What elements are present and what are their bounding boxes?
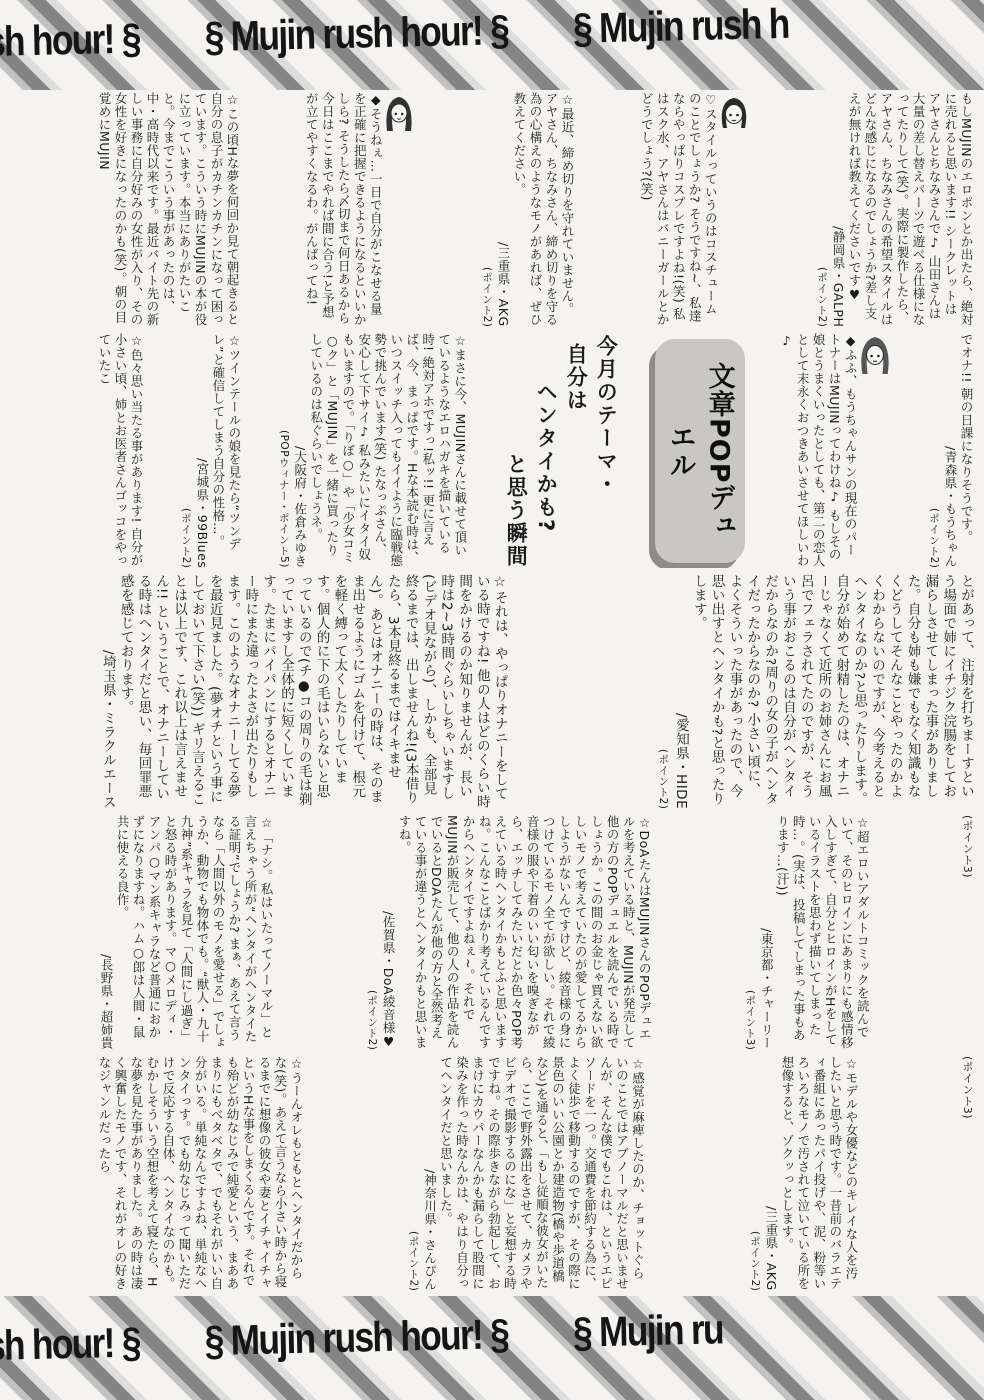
letter-text: ☆うーんオレもともとヘンタイだからな(笑)。あえて言うなら小さい時から寝るまでに… xyxy=(96,1056,304,1291)
theme-line: 今月のテーマ・ xyxy=(591,333,621,568)
letter-block: ☆うーんオレもともとヘンタイだからな(笑)。あえて言うなら小さい時から寝るまでに… xyxy=(96,1056,304,1291)
letter-block: ☆「ナシ。私はいたってノーマル」と言えちゃう所が“ヘンタイがヘンタイたる証明”で… xyxy=(96,815,274,1050)
letter-block: もしMUJINのエロポンとか出たら、絶対に売れると思います!! シークレットはア… xyxy=(814,92,974,327)
letter-text: でオナ!! 朝の日課になりそうです。 xyxy=(958,333,974,568)
points-label: (ポイント2) xyxy=(747,1056,760,1291)
letter-text: とがあって、注射を打ちまーすという場面で姉にイチジク浣腸をしてお漏らしさせてしま… xyxy=(689,574,974,809)
attribution: /三重県・AKG xyxy=(763,1056,779,1291)
points-label: (ポイント2) xyxy=(178,333,191,568)
letter-band-4: (ポイント3) ☆超エロいアダルトコミックを読んでいて、そのヒロインにあまりにも… xyxy=(96,815,974,1050)
letter-text: ☆それは、やっぱりオナニーをしている時ですね! 他の人はどのくらい時間をかけるの… xyxy=(116,574,508,809)
points-label: (ポイント2) xyxy=(480,92,493,327)
banner-title-top: sh hour! § § Mujin rush hour! § § Mujin … xyxy=(0,0,789,66)
letter-text: もしMUJINのエロポンとか出たら、絶対に売れると思います!! シークレットはア… xyxy=(846,92,974,327)
letter-text: ☆超エロいアダルトコミックを読んでいて、そのヒロインにあまりにも感情移入しすぎて… xyxy=(774,815,870,1050)
letter-block: ☆色々思い当たる事があります! 自分が小さい頃、姉とお医者さんゴッコをやっていた… xyxy=(96,333,144,568)
reply-text: ♡スタイルっていうのはコスチュームのことでしょうか? そうですね~、私達ならやっ… xyxy=(638,92,718,327)
letter-text: ☆ツインテールの娘を見たら“ツンデレ”と確信してしまう自分の性格…。 xyxy=(210,333,242,568)
letter-band-1: もしMUJINのエロポンとか出たら、絶対に売れると思います!! シークレットはア… xyxy=(96,92,974,327)
banner-title-bottom: sh hour! § § Mujin rush hour! § § Mujin … xyxy=(0,1305,723,1370)
reply-block: ◆ふふ、もうちゃんサンの現在のパートナーはMUJINってわけね♪ もしその娘とう… xyxy=(778,333,892,568)
theme-line: 自分は xyxy=(561,333,591,568)
points-wrap-block: (ポイント3) xyxy=(960,1056,974,1291)
attribution: /長野県・超姉貴 xyxy=(98,815,114,1050)
attribution: /愛知県・HIDE xyxy=(671,574,689,809)
letter-text: ☆モデルや女優などのキレイな人を汚したいと思う時です。一昔前のバラエティ番組にあ… xyxy=(779,1056,859,1291)
points-label: (ポイント2) xyxy=(815,92,828,327)
theme-title: 今月のテーマ・ 自分は ヘンタイかも? と思う瞬間 xyxy=(501,333,621,568)
reply-text: ◆そうねぇ…一日で自分がこなせる量を正確に把握できるようになるといいかしら? そ… xyxy=(303,92,383,327)
letter-block: ☆それは、やっぱりオナニーをしている時ですね! 他の人はどのくらい時間をかけるの… xyxy=(96,574,508,809)
attribution: /青森県・もうちゃん xyxy=(942,333,958,568)
letter-text: ☆「ナシ。私はいたってノーマル」と言えちゃう所が“ヘンタイがヘンタイたる証明”で… xyxy=(114,815,274,1050)
attribution: /東京都・チャーリー xyxy=(758,815,774,1050)
reply-block: ♡スタイルっていうのはコスチュームのことでしょうか? そうですね~、私達ならやっ… xyxy=(638,92,750,327)
theme-line: と思う瞬間 xyxy=(501,333,531,568)
letter-band-2: でオナ!! 朝の日課になりそうです。 /青森県・もうちゃん (ポイント2) ◆ふ… xyxy=(96,333,974,568)
points-label: (ポイント2) xyxy=(927,333,940,568)
points-wrap-block: (ポイント3) xyxy=(960,815,974,1050)
letter-block: ☆最近、締め切りを守れていません。アヤさん、ちなみさん、締め切りを守る為の心構え… xyxy=(479,92,575,327)
reply-text: ◆ふふ、もうちゃんサンの現在のパートナーはMUJINってわけね♪ もしその娘とう… xyxy=(778,333,858,568)
theme-line: ヘンタイかも? xyxy=(531,333,561,568)
attribution: /三重県・AKG xyxy=(495,92,511,327)
reply-block: ◆そうねぇ…一日で自分がこなせる量を正確に把握できるようになるといいかしら? そ… xyxy=(303,92,415,327)
girl-avatar-icon xyxy=(384,94,414,132)
letter-text: ☆DoAたんはMUJINさんのPOPデュエルを考えている時と、MUJINが発売し… xyxy=(396,815,652,1050)
points-label: (ポイント2) xyxy=(655,574,669,809)
points-label: (ポイント2) xyxy=(365,815,378,1050)
letter-text: ☆色々思い当たる事があります! 自分が小さい頃、姉とお医者さんゴッコをやっていた… xyxy=(96,333,144,568)
points-label: (POPウィナー・ポイント5) xyxy=(276,333,289,568)
attribution: /神奈川県・さんぴん xyxy=(421,1056,437,1291)
letter-block: とがあって、注射を打ちまーすという場面で姉にイチジク浣腸をしてお漏らしさせてしま… xyxy=(654,574,974,809)
points-label: (ポイント3) xyxy=(743,815,756,1050)
letter-band-3: とがあって、注射を打ちまーすという場面で姉にイチジク浣腸をしてお漏らしさせてしま… xyxy=(96,574,974,809)
points-label: (ポイント3) xyxy=(960,815,974,1050)
letter-text: ☆まさに今、MUJINさんに載せて頂いているようなエロハガキを描いている時! 絶… xyxy=(308,333,468,568)
letter-block: ☆感覚が麻痺したのか、チョットぐらいのことではアブノーマルだと思いませんが、そん… xyxy=(405,1056,645,1291)
attribution: /宮城県・99Blues xyxy=(194,333,210,568)
stripe-banner-bottom: sh hour! § § Mujin rush hour! § § Mujin … xyxy=(0,1296,984,1400)
section-badge-wrap: 文章POPデュエル xyxy=(655,333,745,568)
girl-avatar-icon xyxy=(719,94,749,132)
girl-avatar-icon xyxy=(859,335,891,375)
stripe-banner-top: sh hour! § § Mujin rush hour! § § Mujin … xyxy=(0,0,984,90)
letter-block: ☆モデルや女優などのキレイな人を汚したいと思う時です。一昔前のバラエティ番組にあ… xyxy=(746,1056,858,1291)
letter-block: ☆DoAたんはMUJINさんのPOPデュエルを考えている時と、MUJINが発売し… xyxy=(364,815,652,1050)
letter-text: ☆感覚が麻痺したのか、チョットぐらいのことではアブノーマルだと思いませんが、そん… xyxy=(437,1056,645,1291)
letter-block: ☆ツインテールの娘を見たら“ツンデレ”と確信してしまう自分の性格…。 /宮城県・… xyxy=(177,333,241,568)
letter-band-5: (ポイント3) ☆モデルや女優などのキレイな人を汚したいと思う時です。一昔前のバ… xyxy=(96,1056,974,1291)
letter-text: ☆この頃Hな夢を何回か見て朝起きると自分の息子がカチンカチンになって困っています… xyxy=(96,92,240,327)
letters-page: もしMUJINのエロポンとか出たら、絶対に売れると思います!! シークレットはア… xyxy=(0,92,984,1296)
attribution: /佐賀県・DoA綾音様♥ xyxy=(380,815,396,1050)
letter-block: ☆まさに今、MUJINさんに載せて頂いているようなエロハガキを描いている時! 絶… xyxy=(275,333,467,568)
points-label: (ポイント3) xyxy=(960,1056,974,1291)
letter-text: ☆最近、締め切りを守れていません。アヤさん、ちなみさん、締め切りを守る為の心構え… xyxy=(511,92,575,327)
section-badge: 文章POPデュエル xyxy=(655,339,745,563)
letter-block: ☆超エロいアダルトコミックを読んでいて、そのヒロインにあまりにも感情移入しすぎて… xyxy=(742,815,870,1050)
attribution: /大阪府・佐倉みゆき xyxy=(292,333,308,568)
attribution: /埼玉県・ミラクルエース xyxy=(98,574,116,809)
points-label: (ポイント2) xyxy=(406,1056,419,1291)
attribution: /静岡県・GALPH xyxy=(830,92,846,327)
letter-block: ☆この頃Hな夢を何回か見て朝起きると自分の息子がカチンカチンになって困っています… xyxy=(96,92,240,327)
letter-block: でオナ!! 朝の日課になりそうです。 /青森県・もうちゃん (ポイント2) xyxy=(926,333,974,568)
